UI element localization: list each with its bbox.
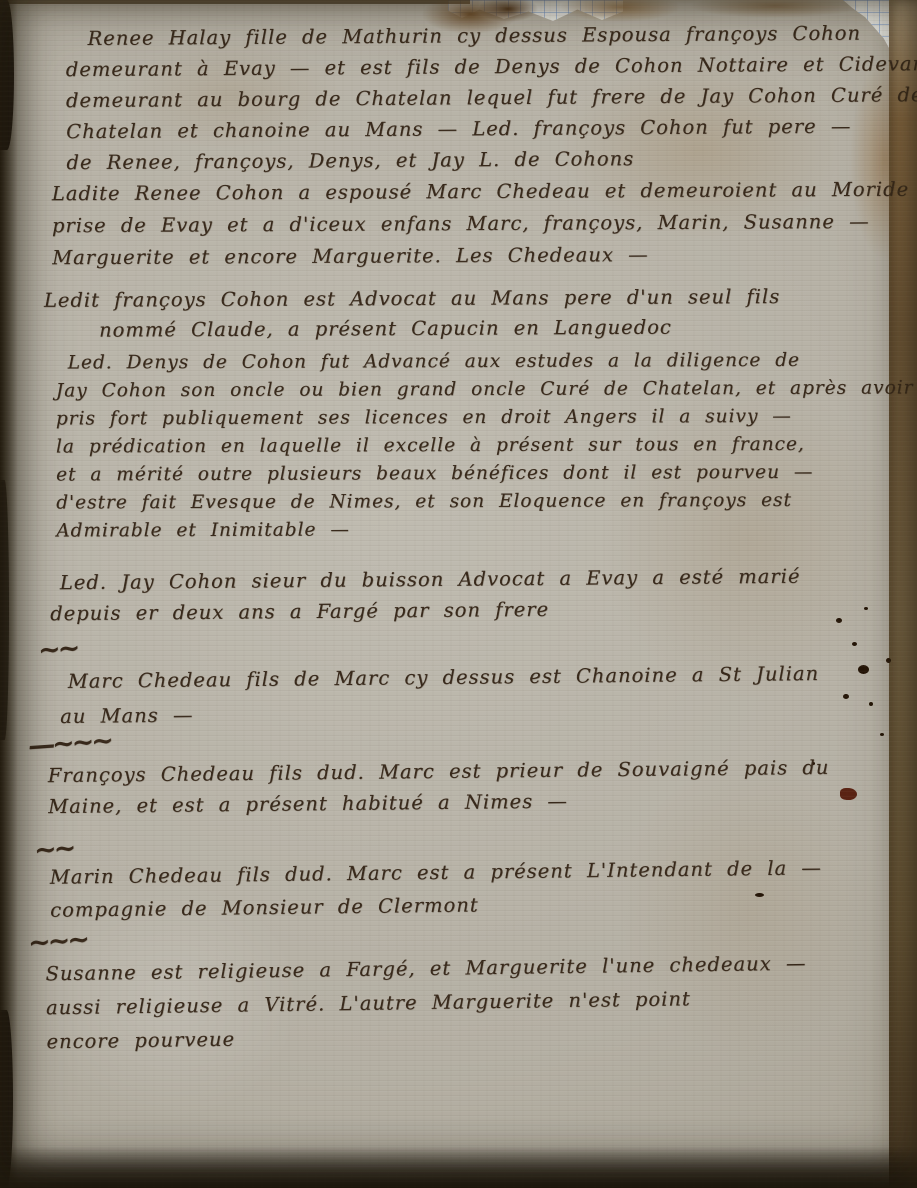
text-line: Ledit françoys Cohon est Advocat au Mans… xyxy=(44,282,780,316)
text-line: nommé Claude, a présent Capucin en Langu… xyxy=(99,312,780,346)
paragraph-9: Susanne est religieuse a Fargé, et Margu… xyxy=(45,947,807,1060)
text-line: depuis er deux ans a Fargé par son frere xyxy=(50,592,801,630)
text-line: de Renee, françoys, Denys, et Jay L. de … xyxy=(66,141,917,178)
paragraph-mark: ~~ xyxy=(37,633,78,667)
text-line: et a mérité outre plusieurs beaux bénéfi… xyxy=(56,459,914,490)
text-line: pris fort publiquement ses licences en d… xyxy=(56,403,914,434)
manuscript-text: Renee Halay fille de Mathurin cy dessus … xyxy=(0,0,917,1188)
manuscript-page-photo: Renee Halay fille de Mathurin cy dessus … xyxy=(0,0,917,1188)
text-line: Admirable et Inimitable — xyxy=(56,515,914,546)
text-line: Led. Denys de Cohon fut Advancé aux estu… xyxy=(68,347,914,378)
paragraph-2: Ladite Renee Cohon a espousé Marc Chedea… xyxy=(52,174,910,274)
paragraph-5: Led. Jay Cohon sieur du buisson Advocat … xyxy=(50,561,801,630)
text-line: Ladite Renee Cohon a espousé Marc Chedea… xyxy=(52,174,909,210)
paragraph-mark: ~~ xyxy=(33,833,74,867)
text-line: d'estre fait Evesque de Nimes, et son El… xyxy=(56,487,914,518)
text-line: Jay Cohon son oncle ou bien grand oncle … xyxy=(56,375,914,406)
paragraph-7: Françoys Chedeau fils dud. Marc est prie… xyxy=(48,752,830,822)
paragraph-4: Led. Denys de Cohon fut Advancé aux estu… xyxy=(56,347,914,546)
text-line: la prédication en laquelle il excelle à … xyxy=(56,431,914,462)
paragraph-6: Marc Chedeau fils de Marc cy dessus est … xyxy=(60,656,820,734)
paragraph-mark: ~~~ xyxy=(27,924,88,959)
text-line: prise de Evay et a d'iceux enfans Marc, … xyxy=(52,206,909,242)
text-line: au Mans — xyxy=(60,691,820,734)
paragraph-3: Ledit françoys Cohon est Advocat au Mans… xyxy=(44,282,781,346)
paragraph-1: Renee Halay fille de Mathurin cy dessus … xyxy=(65,17,917,178)
paragraph-8: Marin Chedeau fils dud. Marc est a prése… xyxy=(50,851,823,926)
paragraph-mark: —~~~ xyxy=(27,725,112,762)
text-line: Marguerite et encore Marguerite. Les Che… xyxy=(52,238,909,274)
